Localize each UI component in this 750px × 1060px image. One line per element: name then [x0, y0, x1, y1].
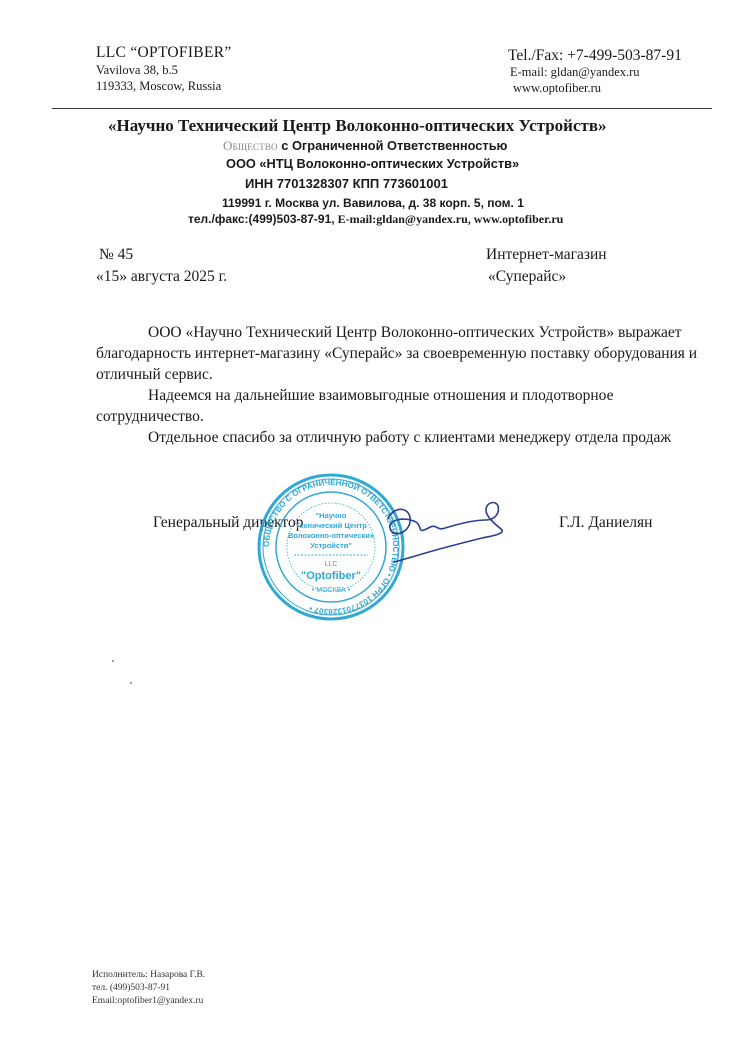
letterhead-right: Tel./Fax: +7-499-503-87-91 E-mail: gldan…	[508, 48, 682, 96]
stamp-line-1: "Научно	[316, 511, 347, 520]
stamp-brand: "Optofiber"	[301, 570, 361, 582]
stamp-line-4: Устройств"	[310, 541, 352, 550]
stamp-line-3: Волоконно-оптических	[288, 531, 375, 540]
stamp-city: • МОСКВА •	[312, 587, 351, 594]
letter-body: ООО «Научно Технический Центр Волоконно-…	[96, 322, 706, 448]
handwritten-signature-icon	[382, 498, 512, 564]
letter-number: № 45	[96, 244, 227, 266]
scan-speck	[130, 682, 132, 684]
company-inn-kpp: ИНН 7701328307 КПП 773601001	[245, 176, 448, 191]
executor-name: Исполнитель: Назарова Г.В.	[92, 969, 205, 982]
email: E-mail: gldan@yandex.ru	[508, 64, 682, 80]
company-short-name: ООО «НТЦ Волоконно-оптических Устройств»	[226, 156, 519, 171]
company-contacts: тел./факс:(499)503-87-91, E-mail:gldan@y…	[188, 212, 563, 227]
org-form-prefix: Общество	[223, 138, 278, 153]
letter-recipient: Интернет-магазин «Суперайс»	[486, 244, 607, 288]
address-line-2: 119333, Moscow, Russia	[96, 78, 232, 94]
letterhead-left: LLC “OPTOFIBER” Vavilova 38, b.5 119333,…	[96, 44, 232, 94]
company-address: 119991 г. Москва ул. Вавилова, д. 38 кор…	[222, 196, 524, 210]
executor-email: Email:optofiber1@yandex.ru	[92, 995, 205, 1008]
phone-fax: Tel./Fax: +7-499-503-87-91	[508, 48, 682, 64]
footer-executor: Исполнитель: Назарова Г.В. тел. (499)503…	[92, 969, 205, 1008]
letterhead-divider	[52, 108, 712, 109]
company-email-web: E-mail:gldan@yandex.ru, www.optofiber.ru	[335, 212, 564, 226]
company-full-name: «Научно Технический Центр Волоконно-опти…	[108, 116, 607, 136]
body-paragraph: Отдельное спасибо за отличную работу с к…	[96, 427, 706, 448]
website: www.optofiber.ru	[508, 80, 682, 96]
company-name-en: LLC “OPTOFIBER”	[96, 44, 232, 62]
letter-meta-left: № 45 «15» августа 2025 г.	[96, 244, 227, 288]
stamp-llc: LLC	[325, 561, 338, 568]
letter-date: «15» августа 2025 г.	[96, 266, 227, 288]
scan-speck	[112, 660, 114, 662]
executor-phone: тел. (499)503-87-91	[92, 982, 205, 995]
org-form-rest: с Ограниченной Ответственностью	[278, 138, 508, 153]
signatory-name: Г.Л. Даниелян	[559, 514, 652, 532]
address-line-1: Vavilova 38, b.5	[96, 62, 232, 78]
company-org-form: Общество с Ограниченной Ответственностью	[223, 138, 508, 154]
company-phone: тел./факс:(499)503-87-91,	[188, 212, 335, 226]
body-paragraph: ООО «Научно Технический Центр Волоконно-…	[96, 322, 706, 385]
recipient-line-2: «Суперайс»	[486, 266, 607, 288]
stamp-line-2: Технический Центр	[295, 521, 367, 530]
recipient-line-1: Интернет-магазин	[486, 244, 607, 266]
body-paragraph: Надеемся на дальнейшие взаимовыгодные от…	[96, 385, 706, 427]
